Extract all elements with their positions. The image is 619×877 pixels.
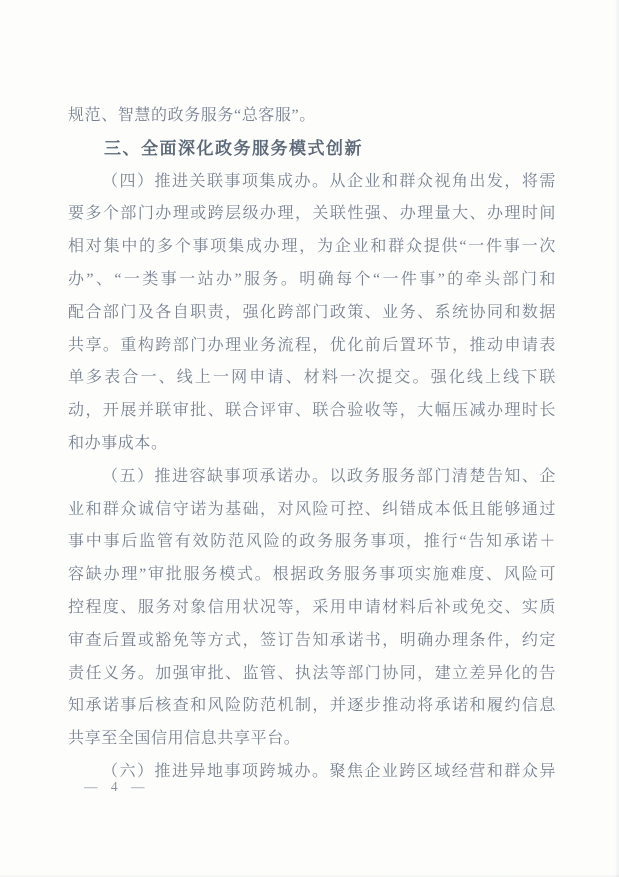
text-line: （五）推进容缺事项承诺办。以政务服务部门清楚告知、企 — [68, 461, 556, 494]
scanned-document-page: 规范、智慧的政务服务“总客服”。 三、全面深化政务服务模式创新 （四）推进关联事… — [0, 0, 619, 877]
section-heading: 三、全面深化政务服务模式创新 — [68, 133, 556, 166]
text-line: 业和群众诚信守诺为基础，对风险可控、纠错成本低且能够通过 — [68, 494, 556, 527]
text-line: （四）推进关联事项集成办。从企业和群众视角出发，将需 — [68, 166, 556, 199]
text-line: 审查后置或豁免等方式，签订告知承诺书，明确办理条件，约定 — [68, 625, 556, 658]
scan-edge-right — [615, 0, 619, 877]
page-number: — 4 — — [84, 779, 150, 795]
text-line: 事中事后监管有效防范风险的政务服务事项，推行“告知承诺＋ — [68, 526, 556, 559]
paragraph-continuation-line: 规范、智慧的政务服务“总客服”。 — [68, 100, 556, 133]
para-5-tolerant-deficiency-commitment-handling: （五）推进容缺事项承诺办。以政务服务部门清楚告知、企业和群众诚信守诺为基础，对风… — [68, 461, 556, 756]
text-line: 办”、“一类事一站办”服务。明确每个“一件事”的牵头部门和 — [68, 264, 556, 297]
text-line: 相对集中的多个事项集成办理，为企业和群众提供“一件事一次 — [68, 231, 556, 264]
text-line: 配合部门及各自职责，强化跨部门政策、业务、系统协同和数据 — [68, 297, 556, 330]
text-line: 和办事成本。 — [68, 428, 556, 461]
text-line: 控程度、服务对象信用状况等，采用申请材料后补或免交、实质 — [68, 592, 556, 625]
text-line: 单多表合一、线上一网申请、材料一次提交。强化线上线下联 — [68, 362, 556, 395]
paragraphs-container: （四）推进关联事项集成办。从企业和群众视角出发，将需要多个部门办理或跨层级办理，… — [68, 166, 556, 789]
text-line: 动，开展并联审批、联合评审、联合验收等，大幅压减办理时长 — [68, 395, 556, 428]
text-line: 要多个部门办理或跨层级办理，关联性强、办理量大、办理时间 — [68, 198, 556, 231]
para-4-linked-items-integrated-handling: （四）推进关联事项集成办。从企业和群众视角出发，将需要多个部门办理或跨层级办理，… — [68, 166, 556, 461]
text-line: 共享。重构跨部门办理业务流程，优化前后置环节，推动申请表 — [68, 330, 556, 363]
document-body: 规范、智慧的政务服务“总客服”。 三、全面深化政务服务模式创新 （四）推进关联事… — [68, 100, 556, 789]
text-line: 知承诺事后核查和风险防范机制，并逐步推动将承诺和履约信息 — [68, 690, 556, 723]
text-line: 共享至全国信用信息共享平台。 — [68, 723, 556, 756]
text-line: 容缺办理”审批服务模式。根据政务服务事项实施难度、风险可 — [68, 559, 556, 592]
text-line: 责任义务。加强审批、监管、执法等部门协同，建立差异化的告 — [68, 658, 556, 691]
